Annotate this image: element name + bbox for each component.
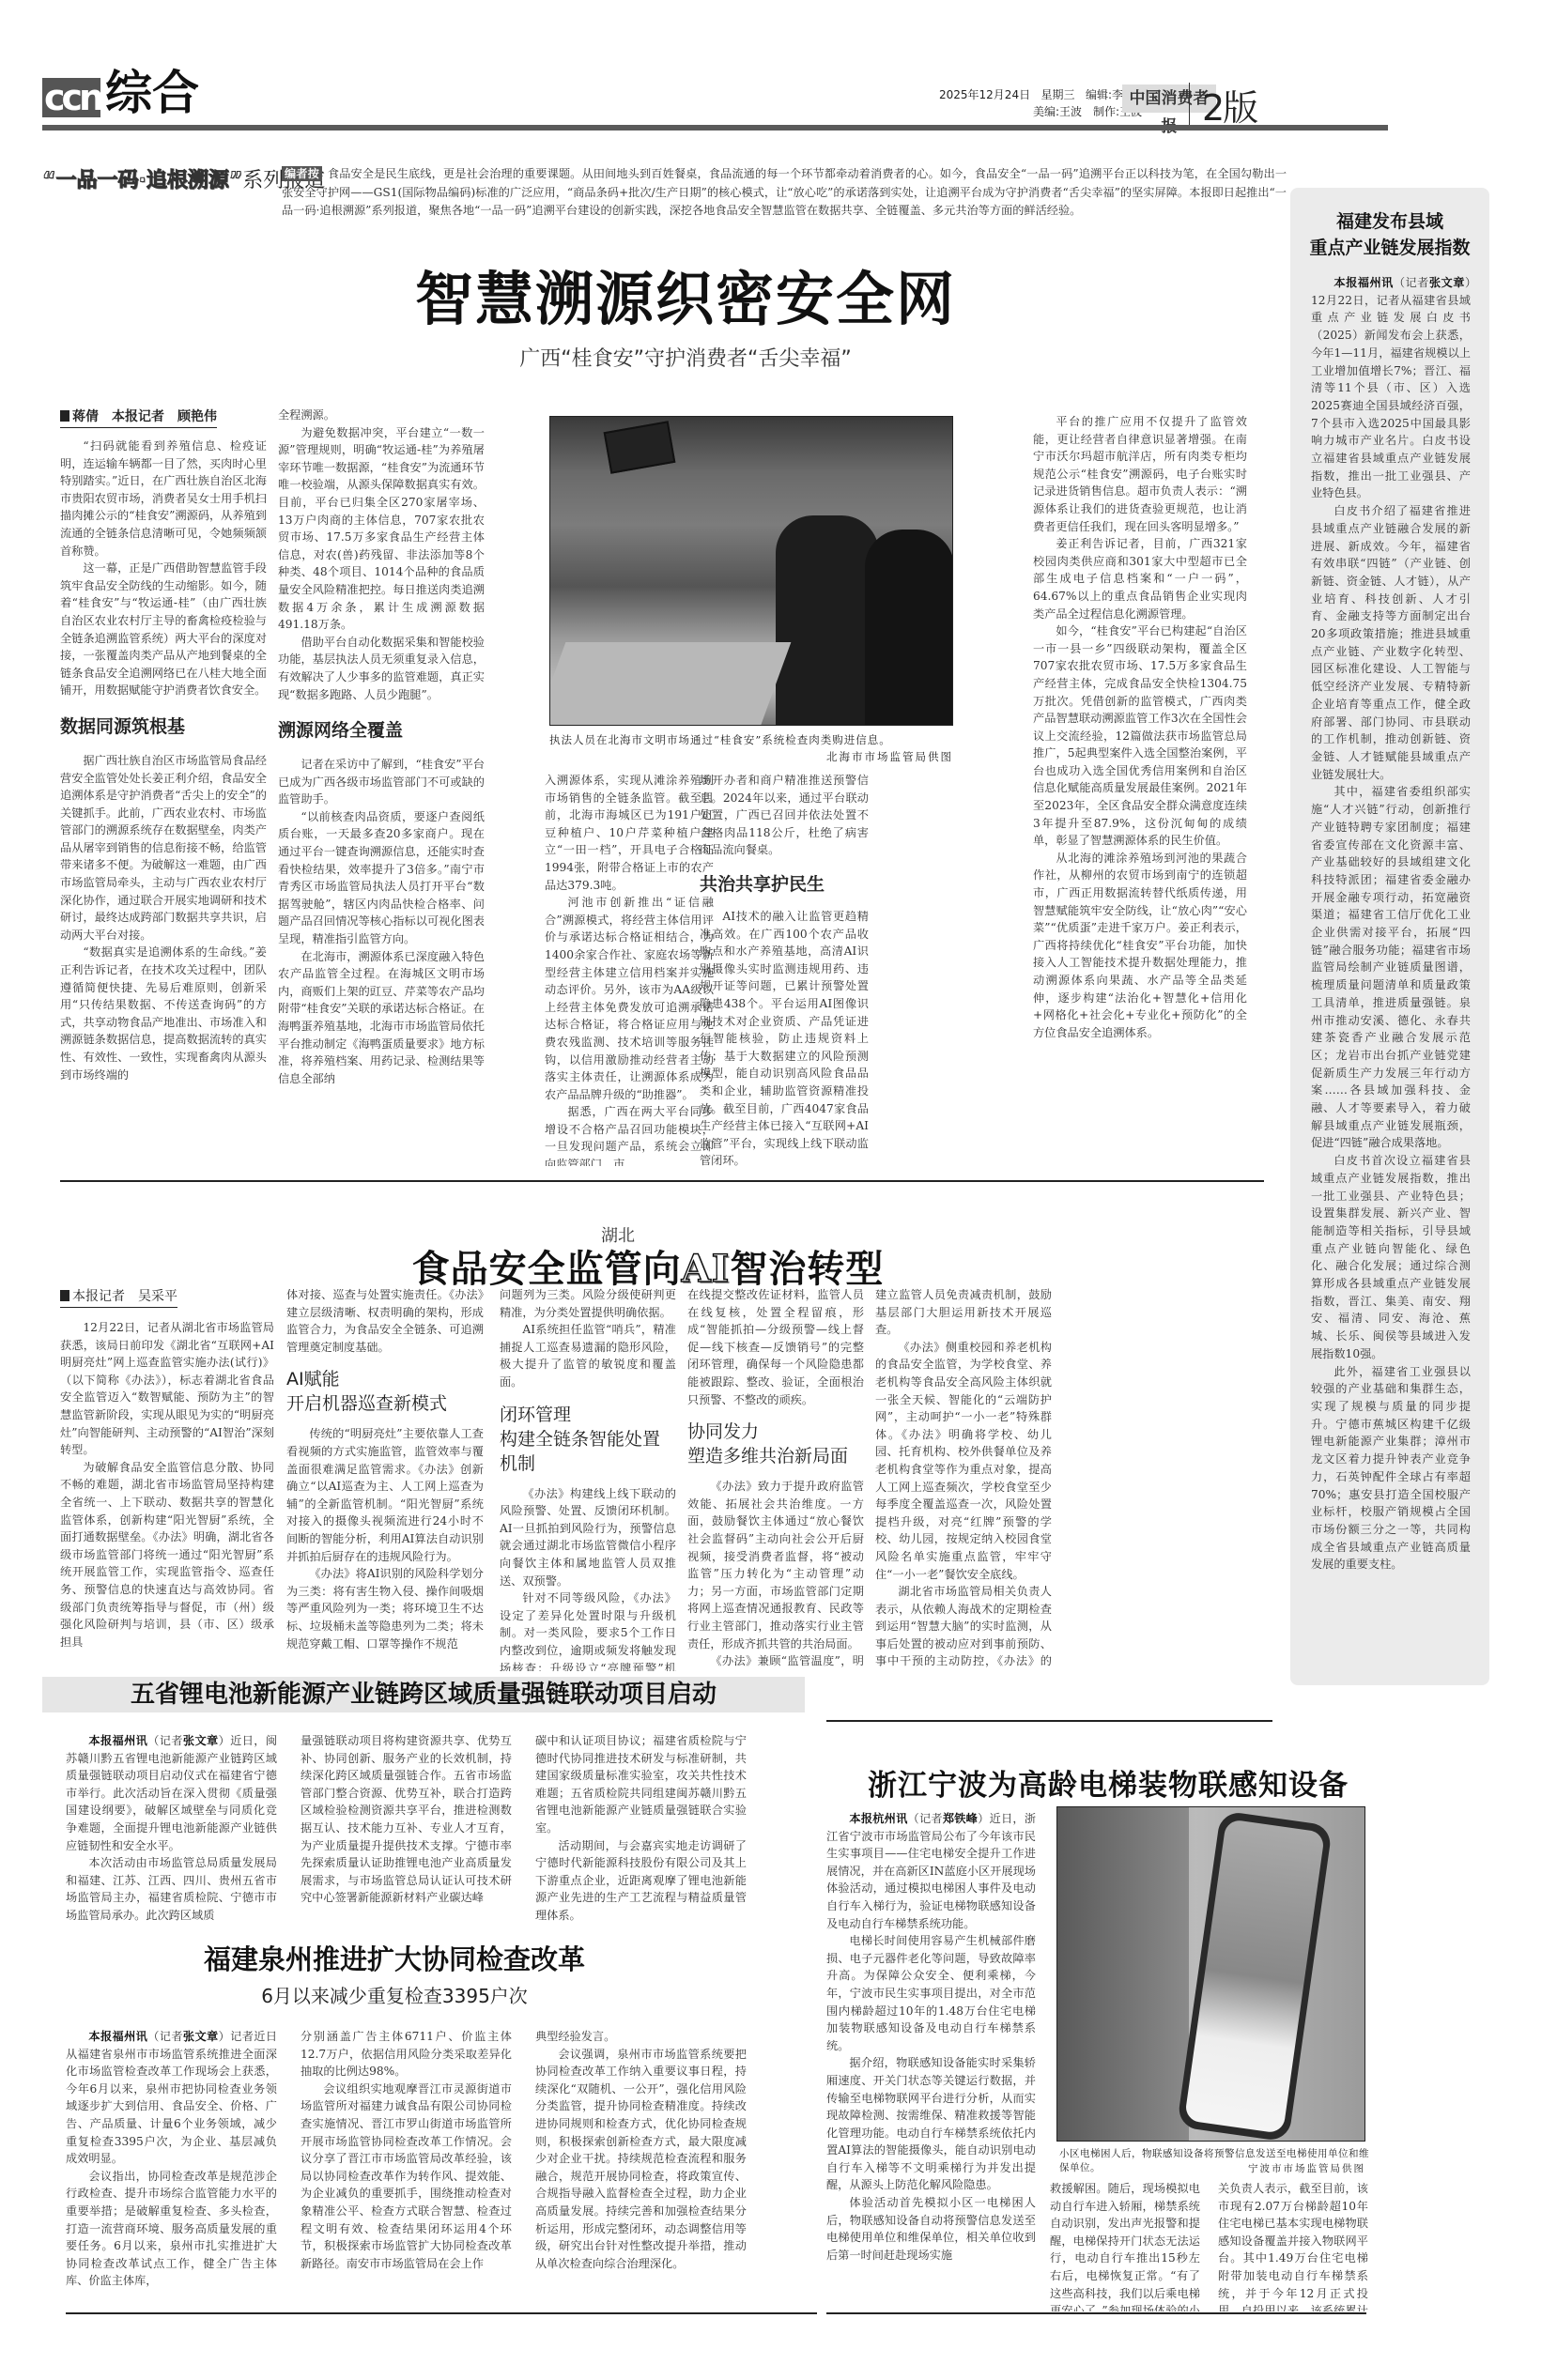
- hubei-byline: 本报记者 吴采平: [60, 1286, 177, 1308]
- hubei-column-4: 在线提交整改佐证材料，监管人员在线复核，处置全程留痕，形成“智能抓拍—分级预警—…: [687, 1286, 864, 1671]
- paragraph: AI系统担任监管“哨兵”，精准捕捉人工巡查易遗漏的隐形风险，极大提升了监管的敏锐…: [500, 1321, 676, 1390]
- paragraph: 体验活动首先模拟小区一电梯困人后，物联感知设备自动将预警信息发送至电梯使用单位和…: [826, 2194, 1036, 2264]
- headline-part: 食品安全监管向: [412, 1247, 682, 1291]
- paragraph: “扫码就能看到养殖信息、检疫证明，连运输车辆都一目了然，买肉时心里特别踏实。”近…: [60, 438, 267, 560]
- section-heading-ai: AI赋能 开启机器巡查新模式: [286, 1367, 484, 1416]
- byline-text: 蒋倩 本报记者 顾艳伟: [72, 409, 217, 424]
- paragraph-text: ）近日，闽苏赣川黔五省锂电池新能源产业链跨区域质量强链联动项目启动仪式在福建省宁…: [66, 1734, 277, 1852]
- quanzhou-column-3: 典型经验发言。 会议强调，泉州市市场监管系统要把协同检查改革工作纳入重要议事日程…: [535, 2028, 747, 2310]
- paragraph: 会议强调，泉州市市场监管系统要把协同检查改革工作纳入重要议事日程，持续深化“双随…: [535, 2046, 747, 2273]
- divider: [60, 1180, 1264, 1182]
- market-photo-caption: 执法人员在北海市文明市场通过“桂食安”系统检查肉类购进信息。: [549, 732, 953, 747]
- paragraph: 为破解食品安全监管信息分散、协同不畅的难题，湖北省市场监管局坚持构建全省统一、上…: [60, 1459, 274, 1651]
- paragraph: 据介绍，物联感知设备能实时采集轿厢速度、开关门状态等关键运行数据，并传输至电梯物…: [826, 2054, 1036, 2194]
- paragraph: 据广西壮族自治区市场监管局食品经营安全监管处处长姜正利介绍，食品安全追溯体系是守…: [60, 752, 267, 944]
- paragraph: 本报福州讯（记者张文章）近日，闽苏赣川黔五省锂电池新能源产业链跨区域质量强链联动…: [66, 1732, 277, 1854]
- paragraph: 本次活动由市场监管总局质量发展局和福建、江苏、江西、四川、贵州五省市场监管局主办…: [66, 1854, 277, 1924]
- hubei-column-1: 本报记者 吴采平 12月22日，记者从湖北省市场监管局获悉，该局日前印发《湖北省…: [60, 1286, 274, 1671]
- paragraph-text: ）近日，浙江省宁波市市场监管局公布了今年该市民生实事项目——住宅电梯安全提升工作…: [826, 1812, 1036, 1930]
- paragraph: 此外，福建省工业强县以较强的产业基础和集群生态，实现了规模与质量的同步提升。宁德…: [1311, 1363, 1471, 1574]
- editor-note-text: 食品安全是民生底线，更是社会治理的重要课题。从田间地头到百姓餐桌，食品流通的每一…: [282, 167, 1287, 217]
- ningbo-column-3: 关负责人表示，截至目前，该市现有2.07万台梯龄超10年住宅电梯已基本实现电梯物…: [1218, 2180, 1368, 2311]
- lithium-column-3: 碳中和认证项目协议；福建省质检院与宁德时代协同推进技术研发与标准研制，共建国家级…: [535, 1732, 747, 1934]
- paragraph: 其中，福建省委组织部实施“人才兴链”行动，创新推行产业链特聘专家团制度；福建省委…: [1311, 783, 1471, 1152]
- paragraph: 本报杭州讯（记者郑铁峰）近日，浙江省宁波市市场监管局公布了今年该市民生实事项目—…: [826, 1810, 1036, 1932]
- paragraph: 为避免数据冲突，平台建立“一数一源”管理规则，明确“牧运通-桂”为养殖屠宰环节唯…: [278, 424, 485, 634]
- paragraph: 记者在采访中了解到，“桂食安”平台已成为广西各级市场监管部门不可或缺的监管助手。: [278, 756, 485, 808]
- photo-officer-shape: [776, 515, 879, 726]
- reporter-name: 张文章: [183, 2030, 219, 2043]
- ningbo-column-1: 本报杭州讯（记者郑铁峰）近日，浙江省宁波市市场监管局公布了今年该市民生实事项目—…: [826, 1810, 1036, 2312]
- headline-part: 智治转型: [730, 1247, 884, 1291]
- hubei-column-5: 建立监管人员免责减责机制，鼓励基层部门大胆运用新技术开展巡查。 《办法》侧重校园…: [875, 1286, 1052, 1671]
- paragraph: 分别涵盖广告主体6711户、价监主体12.7万户，依据信用风险分类采取差异化抽取…: [301, 2028, 512, 2081]
- paragraph: 《办法》致力于提升政府监管效能、拓展社会共治维度。一方面，鼓励餐饮主体通过“放心…: [687, 1478, 864, 1652]
- paragraph: 会议组织实地观摩晋江市灵源街道市场监管所对福建力诚食品有限公司协同检查实施情况、…: [301, 2081, 512, 2273]
- lead-column-3: 入溯源体系，实现从滩涂养殖到市场销售的全链条监管。截至目前，北海市海城区已为19…: [545, 772, 714, 1166]
- paragraph: 针对不同等级风险，《办法》设定了差异化处置时限与升级机制。对一类风险，要求5个工…: [500, 1589, 676, 1671]
- dateline: 本报杭州讯: [849, 1812, 907, 1825]
- paragraph: 在线提交整改佐证材料，监管人员在线复核，处置全程留痕，形成“智能抓拍—分级预警—…: [687, 1286, 864, 1408]
- paragraph: 如今，“桂食安”平台已构建起“自治区一市一县一乡”四级联动架构，覆盖全区707家…: [1033, 622, 1247, 850]
- paragraph: 借助平台自动化数据采集和智能校验功能，基层执法人员无须重复录入信息，有效解决了人…: [278, 634, 485, 703]
- byline-marker-icon: [60, 1290, 69, 1301]
- paragraph: 《办法》兼顾“监管温度”，明确对AI识别抓拍的未造成社会危害且符合有关条件的行为…: [687, 1652, 864, 1671]
- paragraph: 本报福州讯（记者张文章）12月22日，记者从福建省县域重点产业链发展白皮书（20…: [1311, 274, 1471, 502]
- editor-note: 编者按食品安全是民生底线，更是社会治理的重要课题。从田间地头到百姓餐桌，食品流通…: [282, 165, 1287, 221]
- quanzhou-column-2: 分别涵盖广告主体6711户、价监主体12.7万户，依据信用风险分类采取差异化抽取…: [301, 2028, 512, 2310]
- paragraph: “以前核查肉品资质，要逐户查阅纸质台账，一天最多查20多家商户。现在通过平台一键…: [278, 808, 485, 948]
- lead-column-1: 蒋倩 本报记者 顾艳伟 “扫码就能看到养殖信息、检疫证明，连运输车辆都一目了然，…: [60, 407, 267, 1172]
- reporter-name: 张文章: [183, 1734, 219, 1747]
- paragraph: 这一幕，正是广西借助智慧监管手段筑牢食品安全防线的生动缩影。如今，随着“桂食安”…: [60, 560, 267, 699]
- paragraph: 典型经验发言。: [535, 2028, 747, 2046]
- paragraph: 湖北省市场监管局相关负责人表示，从依赖人海战术的定期检查到运用“智慧大脑”的实时…: [875, 1583, 1052, 1671]
- paragraph: 12月22日，记者从湖北省市场监管局获悉，该局日前印发《湖北省“互联网+AI明厨…: [60, 1319, 274, 1459]
- section-heading-data-source: 数据同源筑根基: [60, 714, 267, 739]
- paragraph: 传统的“明厨亮灶”主要依靠人工查看视频的方式实施监管，监管效率与覆盖面很难满足监…: [286, 1425, 484, 1565]
- photo-hand-shape: [1057, 1807, 1189, 2142]
- quanzhou-column-1: 本报福州讯（记者张文章）记者近日从福建省泉州市市场监管系统推进全面深化市场监管检…: [66, 2028, 277, 2310]
- sidebar-headline-line2: 重点产业链发展指数: [1290, 235, 1489, 261]
- paragraph: 入溯源体系，实现从滩涂养殖到市场销售的全链条监管。截至目前，北海市海城区已为19…: [545, 772, 714, 894]
- paragraph: 白皮书首次设立福建省县域重点产业链发展指数，推出一批工业强县、产业特色县；设置集…: [1311, 1152, 1471, 1362]
- header-divider: [1189, 83, 1190, 128]
- hubei-column-3: 问题列为三类。风险分级使研判更精准，为分类处置提供明确依据。 AI系统担任监管“…: [500, 1286, 676, 1671]
- paragraph: 会议指出，协同检查改革是规范涉企行政检查、提升市场综合监管能力水平的重要举措；是…: [66, 2168, 277, 2290]
- paragraph: 问题列为三类。风险分级使研判更精准，为分类处置提供明确依据。: [500, 1286, 676, 1321]
- dateline: 本报福州讯: [88, 2030, 147, 2043]
- elevator-phone-photo: [1056, 1806, 1365, 2142]
- lead-headline: 智慧溯源织密安全网: [357, 263, 1014, 336]
- series-name: “一品一码·追根溯源”: [42, 169, 242, 192]
- paragraph: 在北海市，溯源体系已深度融入特色农产品监管全过程。在海城区文明市场内，商贩们上架…: [278, 948, 485, 1088]
- paragraph: 从北海的滩涂养殖场到河池的果蔬合作社，从柳州的农贸市场到南宁的连锁超市，广西正用…: [1033, 850, 1247, 1042]
- divider: [826, 2312, 1366, 2314]
- paragraph: 关负责人表示，截至目前，该市现有2.07万台梯龄超10年住宅电梯已基本实现电梯物…: [1218, 2180, 1368, 2311]
- paragraph: 体对接、巡查与处置实施责任。《办法》建立层级清晰、权责明确的架构，形成监管合力，…: [286, 1286, 484, 1356]
- market-photo-credit: 北海市市场监管局供图: [549, 749, 953, 764]
- heading-line: AI赋能: [286, 1367, 484, 1391]
- paragraph: 碳中和认证项目协议；福建省质检院与宁德时代协同推进技术研发与标准研制，共建国家级…: [535, 1732, 747, 1837]
- paragraph: 姜正利告诉记者，目前，广西321家校园肉类供应商和301家大中型超市已全部生成电…: [1033, 535, 1247, 622]
- paragraph: 《办法》将AI识别的风险科学划分为三类：将有害生物入侵、操作间吸烟等严重风险列为…: [286, 1565, 484, 1652]
- paragraph: 《办法》侧重校园和养老机构的食品安全监管，为学校食堂、养老机构等食品安全高风险主…: [875, 1339, 1052, 1583]
- headline-ai: AI: [682, 1247, 731, 1291]
- divider: [826, 1720, 1272, 1722]
- market-inspection-photo: [549, 416, 953, 726]
- section-name: 综合: [105, 66, 199, 120]
- heading-line: 构建全链条智能处置机制: [500, 1427, 676, 1476]
- paragraph: 河池市创新推出“证信融合”溯源模式，将经营主体信用评价与承诺达标合格证相结合，为…: [545, 894, 714, 1103]
- paragraph-text: ）记者近日从福建省泉州市市场监管系统推进全面深化市场监管检查改革工作现场会上获悉…: [66, 2030, 277, 2165]
- section-heading-co-governance: 共治共享护民生: [700, 872, 869, 897]
- lithium-column-2: 量强链联动项目将构建资源共享、优势互补、协同创新、服务产业的长效机制，持续深化跨…: [301, 1732, 512, 1934]
- paragraph: 场开办者和商户精准推送预警信息。2024年以来，通过平台联动处置，广西已召回并依…: [700, 772, 869, 859]
- heading-line: 协同发力: [687, 1420, 864, 1444]
- lead-subheadline: 广西“桂食安”守护消费者“舌尖幸福”: [357, 343, 1014, 372]
- reporter-name: 张文章: [1429, 276, 1465, 289]
- heading-line: 开启机器巡查新模式: [286, 1391, 484, 1416]
- byline-text: 本报记者 吴采平: [72, 1289, 177, 1304]
- paragraph: 平台的推广应用不仅提升了监管效能，更让经营者自律意识显著增强。在南宁市沃尔玛超市…: [1033, 413, 1247, 535]
- elevator-photo-credit: 宁波市市场监管局供图: [1059, 2161, 1365, 2175]
- paragraph: “数据真实是追溯体系的生命线。”姜正利告诉记者，在技术攻关过程中，团队遵循简便快…: [60, 944, 267, 1083]
- sidebar-headline-line1: 福建发布县域: [1290, 208, 1489, 235]
- paragraph: 建立监管人员免责减责机制，鼓励基层部门大胆运用新技术开展巡查。: [875, 1286, 1052, 1339]
- paragraph: 《办法》构建线上线下联动的风险预警、处置、反馈闭环机制。AI一旦抓拍到风险行为，…: [500, 1485, 676, 1590]
- paragraph-text: ）12月22日，记者从福建省县域重点产业链发展白皮书（2025）新闻发布会上获悉…: [1311, 276, 1471, 499]
- paragraph: 全程溯源。: [278, 407, 485, 424]
- paragraph: 本报福州讯（记者张文章）记者近日从福建省泉州市市场监管系统推进全面深化市场监管检…: [66, 2028, 277, 2168]
- reporter-prefix: （记者: [908, 1812, 943, 1825]
- section-heading-network: 溯源网络全覆盖: [278, 718, 485, 743]
- divider: [66, 2312, 817, 2314]
- lead-column-5: 平台的推广应用不仅提升了监管效能，更让经营者自律意识显著增强。在南宁市沃尔玛超市…: [1033, 413, 1247, 1164]
- issue-weekday: 星期三: [1041, 88, 1075, 101]
- lead-byline: 蒋倩 本报记者 顾艳伟: [60, 407, 217, 428]
- sidebar-headline: 福建发布县域 重点产业链发展指数: [1290, 208, 1489, 261]
- page-number: 2版: [1202, 79, 1256, 131]
- reporter-name: 郑铁峰: [943, 1812, 978, 1825]
- section-heading-synergy: 协同发力 塑造多维共治新局面: [687, 1420, 864, 1468]
- paragraph: 救援解困。随后，现场模拟电动自行车进入轿厢，梯禁系统自动识别，发出声光报警和提醒…: [1050, 2180, 1200, 2311]
- paragraph: 量强链联动项目将构建资源共享、优势互补、协同创新、服务产业的长效机制，持续深化跨…: [301, 1732, 512, 1907]
- ningbo-headline: 浙江宁波为高龄电梯装物联感知设备: [826, 1765, 1390, 1806]
- hubei-column-2: 体对接、巡查与处置实施责任。《办法》建立层级清晰、权责明确的架构，形成监管合力，…: [286, 1286, 484, 1671]
- paragraph: AI技术的融入让监管更趋精准高效。在广西100个农产品收购点和水产养殖基地，高清…: [700, 908, 869, 1166]
- dateline: 本报福州讯: [88, 1734, 147, 1747]
- lead-column-2: 全程溯源。 为避免数据冲突，平台建立“一数一源”管理规则，明确“牧运通-桂”为养…: [278, 407, 485, 1172]
- paragraph: 活动期间，与会嘉宾实地走访调研了宁德时代新能源科技股份有限公司及其上下游重点企业…: [535, 1837, 747, 1925]
- photo-officer-shape: [865, 530, 953, 726]
- lead-column-4: 场开办者和商户精准推送预警信息。2024年以来，通过平台联动处置，广西已召回并依…: [700, 772, 869, 1166]
- paragraph: 电梯长时间使用容易产生机械部件磨损、电子元器件老化等问题，导致故障率升高。为保障…: [826, 1932, 1036, 2054]
- byline-marker-icon: [60, 410, 69, 422]
- lithium-headline: 五省锂电池新能源产业链跨区域质量强链联动项目启动: [42, 1677, 805, 1712]
- reporter-prefix: （记者: [147, 1734, 183, 1747]
- paragraph: 白皮书介绍了福建省推进县域重点产业链融合发展的新进展、新成效。今年，福建省有效串…: [1311, 502, 1471, 783]
- reporter-prefix: （记者: [1394, 276, 1429, 289]
- reporter-prefix: （记者: [147, 2030, 183, 2043]
- sidebar-body: 本报福州讯（记者张文章）12月22日，记者从福建省县域重点产业链发展白皮书（20…: [1311, 274, 1471, 1673]
- editor-note-tag: 编者按: [282, 166, 322, 181]
- section-logo: ccn: [42, 78, 100, 117]
- lithium-column-1: 本报福州讯（记者张文章）近日，闽苏赣川黔五省锂电池新能源产业链跨区域质量强链联动…: [66, 1732, 277, 1934]
- photo-counter-shape: [549, 642, 791, 726]
- issue-date: 2025年12月24日: [939, 88, 1030, 101]
- section-heading-closed-loop: 闭环管理 构建全链条智能处置机制: [500, 1403, 676, 1476]
- heading-line: 塑造多维共治新局面: [687, 1444, 864, 1468]
- quanzhou-headline: 福建泉州推进扩大协同检查改革: [113, 1942, 676, 1977]
- header-rule: [42, 125, 1388, 131]
- paragraph: 据悉，广西在两大平台同步增设不合格产品召回功能模块，一旦发现问题产品，系统会立即…: [545, 1103, 714, 1166]
- dateline: 本报福州讯: [1333, 276, 1393, 289]
- ningbo-column-2: 救援解困。随后，现场模拟电动自行车进入轿厢，梯禁系统自动识别，发出声光报警和提醒…: [1050, 2180, 1200, 2311]
- quanzhou-subheadline: 6月以来减少重复检查3395户次: [113, 1981, 676, 2008]
- heading-line: 闭环管理: [500, 1403, 676, 1427]
